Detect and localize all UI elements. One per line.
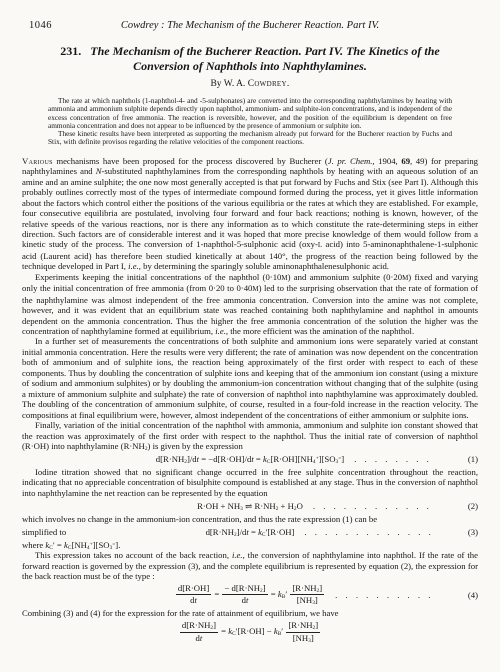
paragraph-3: In a further set of measurements the con… bbox=[22, 336, 478, 420]
article-title-line-2: Conversion of Naphthols into Naphthylami… bbox=[22, 59, 478, 74]
equation-1: d[R·NH2]/dt = −d[R·OH]/dt = kC[R·OH][NH4… bbox=[22, 454, 478, 464]
paragraph-2: Experiments keeping the initial concentr… bbox=[22, 272, 478, 337]
equation-1-body: d[R·NH2]/dt = −d[R·OH]/dt = kC[R·OH][NH4… bbox=[156, 454, 344, 464]
equation-final-body: d[R·NH2]dt = kC′[R·OH] − kB′ [R·NH2][NH3… bbox=[179, 621, 321, 643]
equation-final: d[R·NH2]dt = kC′[R·OH] − kB′ [R·NH2][NH3… bbox=[22, 621, 478, 643]
equation-3-number: (3) bbox=[468, 527, 478, 537]
combining-line: Combining (3) and (4) for the expression… bbox=[22, 608, 478, 618]
equation-3-leaders: . . . . . . . . . . . . . bbox=[304, 527, 430, 537]
journal-page: 1046 Cowdrey : The Mechanism of the Buch… bbox=[0, 0, 500, 672]
equation-2-leaders: . . . . . . . . . . . . bbox=[313, 501, 429, 511]
equation-4: d[R·OH]dt = − d[R·NH2]dt = kB′ [R·NH2][N… bbox=[22, 584, 478, 606]
article-body: Various mechanisms have been proposed fo… bbox=[22, 156, 478, 643]
equation-4-body: d[R·OH]dt = − d[R·NH2]dt = kB′ [R·NH2][N… bbox=[175, 584, 325, 606]
equation-2-number: (2) bbox=[468, 501, 478, 511]
equation-1-leaders: . . . . . . . . bbox=[354, 454, 429, 464]
paragraph-6: which involves no change in the ammonium… bbox=[22, 514, 478, 524]
equation-3: simplified to d[R·NH2]/dt = kC′[R·OH] . … bbox=[22, 527, 478, 537]
running-title: Cowdrey : The Mechanism of the Bucherer … bbox=[22, 20, 478, 31]
where-line: where kC′ = kC[NH4+][SO3=]. bbox=[22, 540, 478, 550]
running-header: 1046 Cowdrey : The Mechanism of the Buch… bbox=[22, 20, 478, 34]
paragraph-5: Iodine titration showed that no signific… bbox=[22, 467, 478, 498]
equation-1-number: (1) bbox=[468, 454, 478, 464]
abstract-paragraph-1: The rate at which naphthols (1-naphthol-… bbox=[48, 97, 452, 130]
paragraph-1: Various mechanisms have been proposed fo… bbox=[22, 156, 478, 272]
article-title: 231.The Mechanism of the Bucherer Reacti… bbox=[22, 44, 478, 73]
equation-4-number: (4) bbox=[468, 590, 478, 600]
equation-2-body: R·OH + NH3 ⇌ R·NH2 + H2O bbox=[197, 501, 303, 511]
abstract: The rate at which naphthols (1-naphthol-… bbox=[48, 97, 452, 147]
paragraph-7: This expression takes no account of the … bbox=[22, 550, 478, 581]
article-number: 231. bbox=[60, 44, 81, 58]
paragraph-4: Finally, variation of the initial concen… bbox=[22, 420, 478, 451]
equation-3-body: d[R·NH2]/dt = kC′[R·OH] bbox=[206, 527, 295, 537]
article-title-line-1: The Mechanism of the Bucherer Reaction. … bbox=[90, 44, 439, 58]
simplified-to-label: simplified to bbox=[22, 527, 66, 537]
equation-2: R·OH + NH3 ⇌ R·NH2 + H2O . . . . . . . .… bbox=[22, 501, 478, 511]
abstract-paragraph-2: These kinetic results have been interpre… bbox=[48, 130, 452, 147]
equation-4-leaders: . . . . . . . . . . bbox=[335, 590, 430, 600]
article-title-line-1-wrap: 231.The Mechanism of the Bucherer Reacti… bbox=[22, 44, 478, 59]
page-number: 1046 bbox=[29, 20, 52, 31]
byline: By W. A. Cowdrey. bbox=[22, 79, 478, 89]
